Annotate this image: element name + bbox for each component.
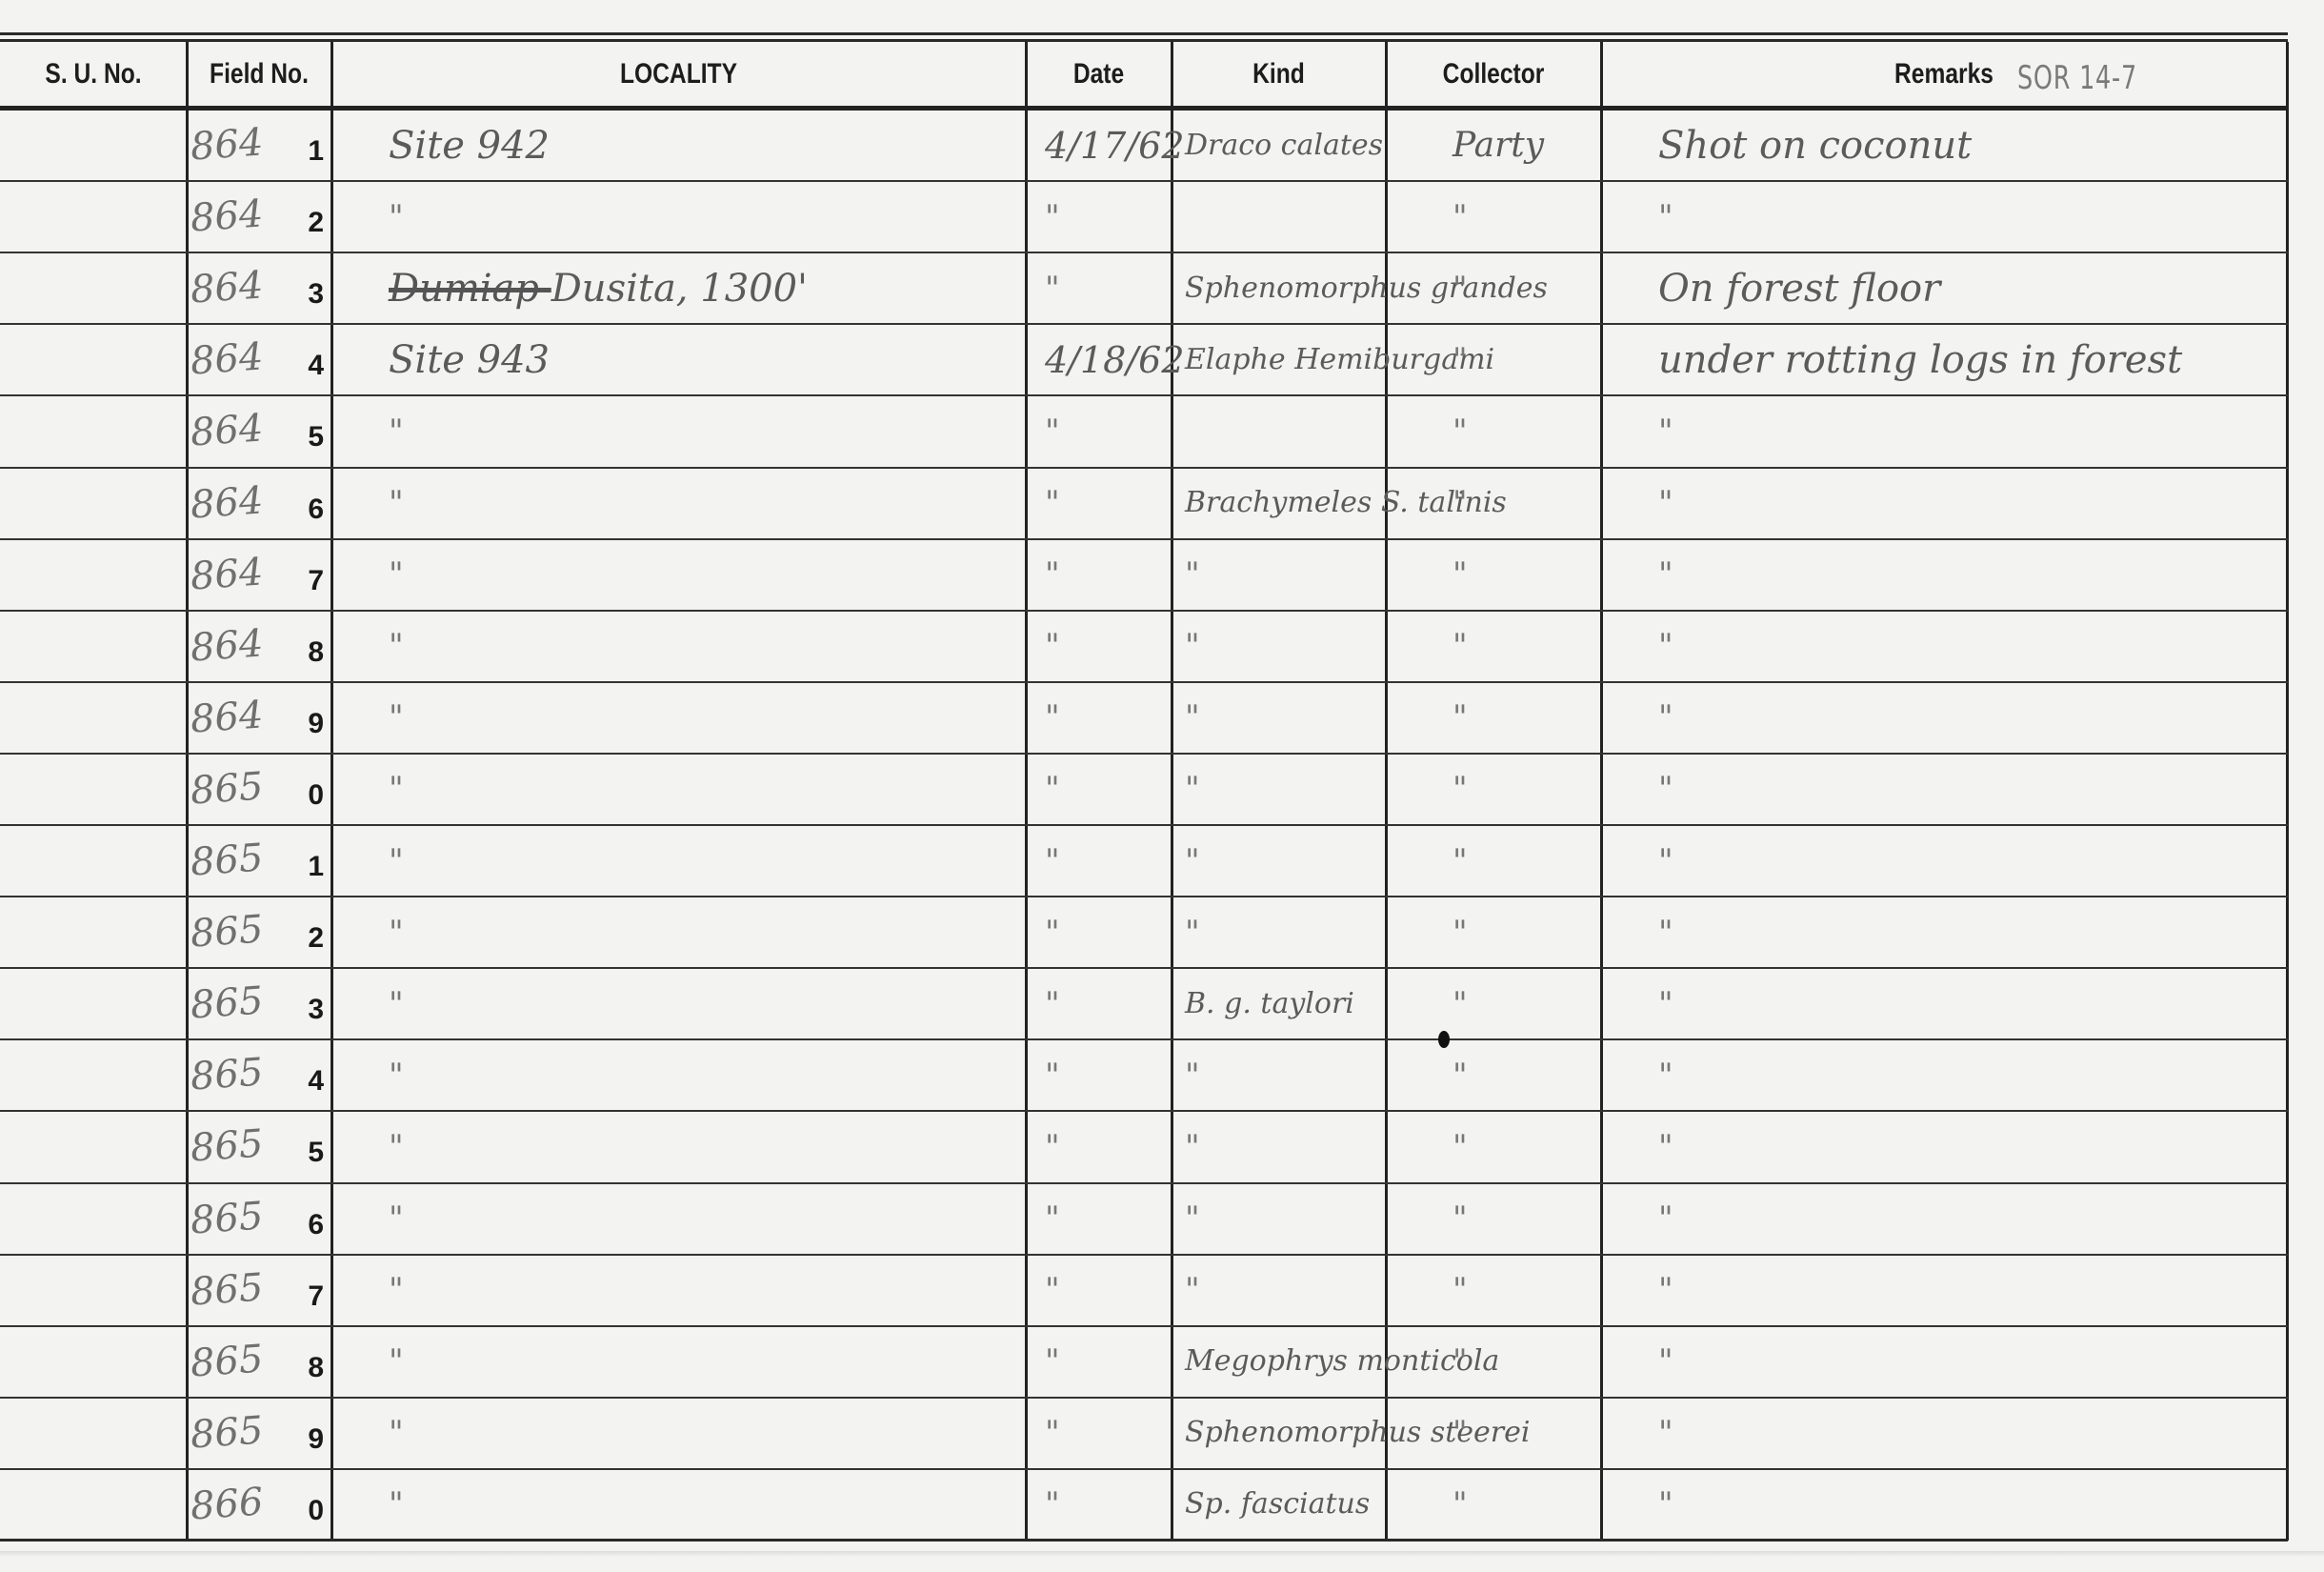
kind-cell: " — [1172, 1183, 1386, 1255]
remarks-cell: " — [1601, 181, 2287, 252]
locality-cell: " — [331, 1255, 1026, 1326]
table-row: 865 9 " " Sphenomorphus steerei " " — [0, 1398, 2288, 1469]
date-value: " — [1045, 555, 1060, 594]
remarks-cell: under rotting logs in forest — [1601, 324, 2287, 395]
field-no-cell: 865 9 — [187, 1398, 331, 1469]
locality-cell: " — [331, 1183, 1026, 1255]
remarks-value: On forest floor — [1658, 267, 1940, 311]
table-row: 865 3 " " B. g. taylori " " — [0, 968, 2288, 1039]
collector-cell: " — [1386, 611, 1601, 682]
kind-cell: " — [1172, 1039, 1386, 1111]
locality-value: " — [389, 1485, 404, 1523]
table-row: 865 2 " " " " " — [0, 897, 2288, 968]
kind-value: " — [1185, 632, 1200, 660]
field-no-printed-digit: 5 — [308, 421, 324, 453]
field-no-printed-digit: 8 — [308, 636, 324, 669]
locality-value: " — [389, 1057, 404, 1095]
bottom-rule — [0, 1539, 2288, 1542]
remarks-value: " — [1658, 914, 1673, 952]
su-no-cell — [0, 468, 187, 539]
locality-struck-text: Dumiap — [389, 267, 551, 311]
collector-value: Party — [1452, 126, 1544, 165]
field-no-handwritten-prefix: 865 — [189, 1408, 264, 1457]
remarks-cell: Shot on coconut — [1601, 110, 2287, 181]
remarks-cell: " — [1601, 395, 2287, 467]
collector-value: " — [1452, 698, 1468, 736]
locality-value: " — [389, 484, 404, 522]
table-row: 865 7 " " " " " — [0, 1255, 2288, 1326]
field-no-printed-digit: 4 — [308, 1065, 324, 1098]
collector-cell: Party — [1386, 110, 1601, 181]
remarks-value: " — [1658, 1342, 1673, 1381]
table-row: 864 4 Site 943 4/18/62 Elaphe Hemiburgam… — [0, 324, 2288, 395]
field-no-printed-digit: 7 — [308, 1280, 324, 1313]
kind-cell: " — [1172, 611, 1386, 682]
date-cell: 4/17/62 — [1026, 110, 1172, 181]
su-no-cell — [0, 968, 187, 1039]
remarks-cell: " — [1601, 611, 2287, 682]
remarks-value: " — [1658, 1128, 1673, 1166]
remarks-value: " — [1658, 770, 1673, 808]
field-no-handwritten-prefix: 865 — [189, 979, 264, 1028]
field-no-handwritten-prefix: 864 — [189, 693, 264, 741]
su-no-cell — [0, 324, 187, 395]
locality-value: " — [389, 842, 404, 880]
field-no-printed-digit: 9 — [308, 1423, 324, 1456]
table-row: 865 6 " " " " " — [0, 1183, 2288, 1255]
remarks-cell: " — [1601, 468, 2287, 539]
locality-value: Dumiap Dusita, 1300' — [389, 267, 808, 311]
field-no-handwritten-prefix: 864 — [189, 120, 264, 169]
field-no-cell: 865 1 — [187, 825, 331, 897]
su-no-cell — [0, 682, 187, 754]
su-no-cell — [0, 252, 187, 324]
collector-value: " — [1452, 413, 1468, 451]
collector-cell: " — [1386, 468, 1601, 539]
field-no-cell: 865 3 — [187, 968, 331, 1039]
locality-cell: " — [331, 1326, 1026, 1398]
locality-value: " — [389, 914, 404, 952]
remarks-cell: " — [1601, 1039, 2287, 1111]
collector-value: " — [1452, 1271, 1468, 1309]
date-value: " — [1045, 1271, 1060, 1309]
field-no-printed-digit: 4 — [308, 350, 324, 382]
date-value: " — [1045, 627, 1060, 665]
locality-cell: " — [331, 181, 1026, 252]
remarks-cell: " — [1601, 539, 2287, 611]
field-no-cell: 865 7 — [187, 1255, 331, 1326]
date-value: " — [1045, 914, 1060, 952]
collector-cell: " — [1386, 754, 1601, 825]
field-no-cell: 865 2 — [187, 897, 331, 968]
kind-value: " — [1185, 1276, 1200, 1304]
page-edge-shadow — [0, 1551, 2324, 1557]
table-row: 864 5 " " " " — [0, 395, 2288, 467]
kind-cell: Sp. fasciatus — [1172, 1469, 1386, 1541]
date-cell: " — [1026, 1111, 1172, 1182]
field-no-printed-digit: 3 — [308, 278, 324, 311]
field-no-handwritten-prefix: 865 — [189, 1265, 264, 1314]
remarks-value: " — [1658, 555, 1673, 594]
collector-cell: " — [1386, 1183, 1601, 1255]
remarks-value: " — [1658, 1199, 1673, 1238]
remarks-cell: " — [1601, 1469, 2287, 1541]
field-no-handwritten-prefix: 864 — [189, 621, 264, 670]
field-no-cell: 864 3 — [187, 252, 331, 324]
collector-value: " — [1452, 1414, 1468, 1452]
date-value: " — [1045, 1199, 1060, 1238]
field-no-cell: 864 6 — [187, 468, 331, 539]
collector-cell: " — [1386, 1469, 1601, 1541]
date-cell: " — [1026, 181, 1172, 252]
locality-value: " — [389, 627, 404, 665]
collector-cell: " — [1386, 1255, 1601, 1326]
locality-value: " — [389, 1271, 404, 1309]
locality-value: " — [389, 1414, 404, 1452]
remarks-cell: " — [1601, 1255, 2287, 1326]
top-double-rule — [0, 32, 2288, 35]
locality-cell: " — [331, 1469, 1026, 1541]
collector-cell: " — [1386, 968, 1601, 1039]
header-field-no: Field No. — [200, 42, 319, 106]
kind-cell — [1172, 181, 1386, 252]
table-row: 864 3 Dumiap Dusita, 1300' " Sphenomorph… — [0, 252, 2288, 324]
collector-cell: " — [1386, 181, 1601, 252]
kind-cell: Megophrys monticola — [1172, 1326, 1386, 1398]
su-no-cell — [0, 1183, 187, 1255]
field-no-cell: 865 8 — [187, 1326, 331, 1398]
field-no-handwritten-prefix: 864 — [189, 550, 264, 598]
header-handwritten-annotation: SOR 14-7 — [2017, 59, 2137, 97]
kind-value: " — [1185, 1061, 1200, 1090]
remarks-value: " — [1658, 198, 1673, 236]
field-no-handwritten-prefix: 864 — [189, 264, 264, 312]
locality-value: Site 942 — [389, 124, 550, 168]
date-cell: " — [1026, 754, 1172, 825]
field-no-printed-digit: 0 — [308, 1495, 324, 1527]
table-row: 865 4 " " " " " — [0, 1039, 2288, 1111]
date-value: " — [1045, 1485, 1060, 1523]
remarks-value: " — [1658, 413, 1673, 451]
field-no-handwritten-prefix: 865 — [189, 1051, 264, 1099]
date-cell: " — [1026, 1469, 1172, 1541]
remarks-cell: " — [1601, 1111, 2287, 1182]
remarks-value: " — [1658, 985, 1673, 1023]
locality-value: " — [389, 1128, 404, 1166]
field-no-handwritten-prefix: 864 — [189, 335, 264, 384]
kind-cell: " — [1172, 825, 1386, 897]
locality-cell: " — [331, 611, 1026, 682]
header-kind: Kind — [1191, 42, 1367, 106]
su-no-cell — [0, 181, 187, 252]
header-locality: LOCALITY — [394, 42, 964, 106]
kind-cell: " — [1172, 897, 1386, 968]
kind-cell: Draco calates — [1172, 110, 1386, 181]
kind-value: Draco calates — [1185, 131, 1383, 160]
collector-cell: " — [1386, 897, 1601, 968]
field-no-cell: 864 9 — [187, 682, 331, 754]
kind-value: " — [1185, 703, 1200, 732]
collector-value: " — [1452, 1128, 1468, 1166]
kind-value: " — [1185, 847, 1200, 876]
kind-value: " — [1185, 560, 1200, 589]
field-no-printed-digit: 0 — [308, 779, 324, 812]
remarks-cell: " — [1601, 825, 2287, 897]
field-no-handwritten-prefix: 865 — [189, 836, 264, 884]
remarks-value: " — [1658, 1485, 1673, 1523]
su-no-cell — [0, 754, 187, 825]
date-value: " — [1045, 198, 1060, 236]
kind-value: " — [1185, 1133, 1200, 1161]
date-cell: " — [1026, 395, 1172, 467]
collector-cell: " — [1386, 395, 1601, 467]
field-no-printed-digit: 8 — [308, 1352, 324, 1384]
header-date: Date — [1039, 42, 1158, 106]
field-no-cell: 865 6 — [187, 1183, 331, 1255]
locality-cell: " — [331, 468, 1026, 539]
kind-cell: " — [1172, 539, 1386, 611]
field-no-handwritten-prefix: 865 — [189, 764, 264, 813]
field-no-printed-digit: 5 — [308, 1137, 324, 1169]
kind-value: Sp. fasciatus — [1185, 1490, 1370, 1519]
date-cell: " — [1026, 1255, 1172, 1326]
remarks-cell: " — [1601, 754, 2287, 825]
remarks-cell: " — [1601, 682, 2287, 754]
table-row: 865 0 " " " " " — [0, 754, 2288, 825]
field-no-printed-digit: 1 — [308, 135, 324, 168]
collector-value: " — [1452, 1057, 1468, 1095]
locality-value: " — [389, 1199, 404, 1238]
field-no-printed-digit: 2 — [308, 207, 324, 239]
field-no-handwritten-prefix: 865 — [189, 907, 264, 956]
field-no-cell: 864 7 — [187, 539, 331, 611]
kind-cell: B. g. taylori — [1172, 968, 1386, 1039]
date-cell: " — [1026, 825, 1172, 897]
field-no-printed-digit: 3 — [308, 994, 324, 1026]
su-no-cell — [0, 539, 187, 611]
field-no-cell: 864 1 — [187, 110, 331, 181]
table-row: 864 6 " " Brachymeles S. talinis " " — [0, 468, 2288, 539]
date-value: " — [1045, 413, 1060, 451]
date-cell: " — [1026, 539, 1172, 611]
table-row: 864 8 " " " " " — [0, 611, 2288, 682]
locality-cell: " — [331, 825, 1026, 897]
table-row: 866 0 " " Sp. fasciatus " " — [0, 1469, 2288, 1541]
field-no-cell: 864 4 — [187, 324, 331, 395]
locality-cell: " — [331, 1398, 1026, 1469]
collector-value: " — [1452, 627, 1468, 665]
field-no-handwritten-prefix: 864 — [189, 407, 264, 455]
su-no-cell — [0, 611, 187, 682]
collector-value: " — [1452, 1485, 1468, 1523]
date-value: " — [1045, 1414, 1060, 1452]
collector-value: " — [1452, 1199, 1468, 1238]
locality-cell: " — [331, 395, 1026, 467]
locality-cell: " — [331, 539, 1026, 611]
date-cell: " — [1026, 1326, 1172, 1398]
field-no-printed-digit: 1 — [308, 851, 324, 883]
su-no-cell — [0, 1039, 187, 1111]
field-no-cell: 866 0 — [187, 1469, 331, 1541]
collector-value: " — [1452, 914, 1468, 952]
locality-cell: " — [331, 968, 1026, 1039]
remarks-value: " — [1658, 1271, 1673, 1309]
locality-cell: " — [331, 897, 1026, 968]
remarks-cell: " — [1601, 897, 2287, 968]
remarks-value: under rotting logs in forest — [1658, 338, 2182, 382]
field-no-printed-digit: 2 — [308, 922, 324, 955]
field-no-printed-digit: 7 — [308, 565, 324, 597]
date-value: " — [1045, 698, 1060, 736]
date-cell: 4/18/62 — [1026, 324, 1172, 395]
locality-cell: Site 943 — [331, 324, 1026, 395]
remarks-value: " — [1658, 484, 1673, 522]
kind-cell: Sphenomorphus steerei — [1172, 1398, 1386, 1469]
locality-value: " — [389, 413, 404, 451]
field-no-handwritten-prefix: 865 — [189, 1194, 264, 1242]
kind-cell: " — [1172, 754, 1386, 825]
kind-cell: " — [1172, 1255, 1386, 1326]
collector-cell: " — [1386, 825, 1601, 897]
collector-cell: " — [1386, 324, 1601, 395]
field-no-printed-digit: 9 — [308, 708, 324, 740]
field-no-handwritten-prefix: 864 — [189, 191, 264, 240]
collector-value: " — [1452, 985, 1468, 1023]
locality-cell: " — [331, 1039, 1026, 1111]
remarks-value: " — [1658, 698, 1673, 736]
ink-blot — [1438, 1031, 1450, 1048]
su-no-cell — [0, 825, 187, 897]
locality-cell: Site 942 — [331, 110, 1026, 181]
kind-cell: " — [1172, 1111, 1386, 1182]
kind-cell: Elaphe Hemiburgami — [1172, 324, 1386, 395]
field-no-cell: 865 0 — [187, 754, 331, 825]
locality-cell: Dumiap Dusita, 1300' — [331, 252, 1026, 324]
collector-cell: " — [1386, 252, 1601, 324]
kind-cell: Brachymeles S. talinis — [1172, 468, 1386, 539]
date-value: 4/17/62 — [1045, 125, 1185, 167]
table-row: 864 9 " " " " " — [0, 682, 2288, 754]
date-value: " — [1045, 270, 1060, 308]
remarks-value: " — [1658, 1414, 1673, 1452]
date-cell: " — [1026, 1398, 1172, 1469]
collector-cell: " — [1386, 1111, 1601, 1182]
locality-value: " — [389, 770, 404, 808]
date-cell: " — [1026, 468, 1172, 539]
date-cell: " — [1026, 968, 1172, 1039]
date-value: " — [1045, 1342, 1060, 1381]
field-no-handwritten-prefix: 866 — [189, 1480, 264, 1528]
locality-value: " — [389, 985, 404, 1023]
remarks-value: " — [1658, 842, 1673, 880]
collector-value: " — [1452, 555, 1468, 594]
kind-cell — [1172, 395, 1386, 467]
date-cell: " — [1026, 682, 1172, 754]
su-no-cell — [0, 897, 187, 968]
collector-cell: " — [1386, 1326, 1601, 1398]
collector-cell: " — [1386, 539, 1601, 611]
field-no-cell: 865 5 — [187, 1111, 331, 1182]
table-row: 864 1 Site 942 4/17/62 Draco calates Par… — [0, 110, 2288, 181]
remarks-cell: " — [1601, 1398, 2287, 1469]
locality-cell: " — [331, 1111, 1026, 1182]
date-cell: " — [1026, 611, 1172, 682]
collector-value: " — [1452, 770, 1468, 808]
date-cell: " — [1026, 897, 1172, 968]
field-no-printed-digit: 6 — [308, 1209, 324, 1241]
field-no-cell: 864 5 — [187, 395, 331, 467]
field-no-handwritten-prefix: 865 — [189, 1122, 264, 1171]
collector-value: " — [1452, 1342, 1468, 1381]
collector-value: " — [1452, 270, 1468, 308]
kind-value: " — [1185, 775, 1200, 803]
collector-cell: " — [1386, 1039, 1601, 1111]
field-no-handwritten-prefix: 864 — [189, 478, 264, 527]
header-remarks: Remarks — [1663, 42, 2225, 106]
date-value: 4/18/62 — [1045, 339, 1185, 381]
su-no-cell — [0, 1111, 187, 1182]
table-row: 864 2 " " " " — [0, 181, 2288, 252]
su-no-cell — [0, 1326, 187, 1398]
locality-value: " — [389, 1342, 404, 1381]
field-catalog-sheet: S. U. No. Field No. LOCALITY Date Kind C… — [0, 0, 2324, 1572]
collector-value: " — [1452, 842, 1468, 880]
collector-value: " — [1452, 484, 1468, 522]
date-value: " — [1045, 1128, 1060, 1166]
date-value: " — [1045, 770, 1060, 808]
su-no-cell — [0, 1398, 187, 1469]
kind-value: B. g. taylori — [1185, 990, 1354, 1018]
locality-cell: " — [331, 682, 1026, 754]
date-cell: " — [1026, 1039, 1172, 1111]
locality-cell: " — [331, 754, 1026, 825]
table-row: 864 7 " " " " " — [0, 539, 2288, 611]
remarks-value: Shot on coconut — [1658, 124, 1972, 168]
field-no-printed-digit: 6 — [308, 494, 324, 526]
remarks-cell: " — [1601, 1326, 2287, 1398]
field-no-cell: 864 2 — [187, 181, 331, 252]
date-value: " — [1045, 484, 1060, 522]
header-collector: Collector — [1405, 42, 1581, 106]
su-no-cell — [0, 1255, 187, 1326]
su-no-cell — [0, 1469, 187, 1541]
date-value: " — [1045, 1057, 1060, 1095]
table-row: 865 1 " " " " " — [0, 825, 2288, 897]
table-row: 865 8 " " Megophrys monticola " " — [0, 1326, 2288, 1398]
remarks-cell: " — [1601, 1183, 2287, 1255]
su-no-cell — [0, 395, 187, 467]
locality-value: " — [389, 555, 404, 594]
kind-value: " — [1185, 918, 1200, 947]
su-no-cell — [0, 110, 187, 181]
kind-value: " — [1185, 1204, 1200, 1233]
locality-value: " — [389, 698, 404, 736]
locality-value: " — [389, 198, 404, 236]
field-no-handwritten-prefix: 865 — [189, 1337, 264, 1385]
collector-cell: " — [1386, 682, 1601, 754]
kind-cell: " — [1172, 682, 1386, 754]
date-value: " — [1045, 842, 1060, 880]
remarks-value: " — [1658, 1057, 1673, 1095]
locality-value: Site 943 — [389, 338, 550, 382]
kind-cell: Sphenomorphus grandes — [1172, 252, 1386, 324]
field-no-cell: 864 8 — [187, 611, 331, 682]
collector-cell: " — [1386, 1398, 1601, 1469]
date-cell: " — [1026, 252, 1172, 324]
remarks-cell: " — [1601, 968, 2287, 1039]
field-no-cell: 865 4 — [187, 1039, 331, 1111]
collector-value: " — [1452, 341, 1468, 379]
